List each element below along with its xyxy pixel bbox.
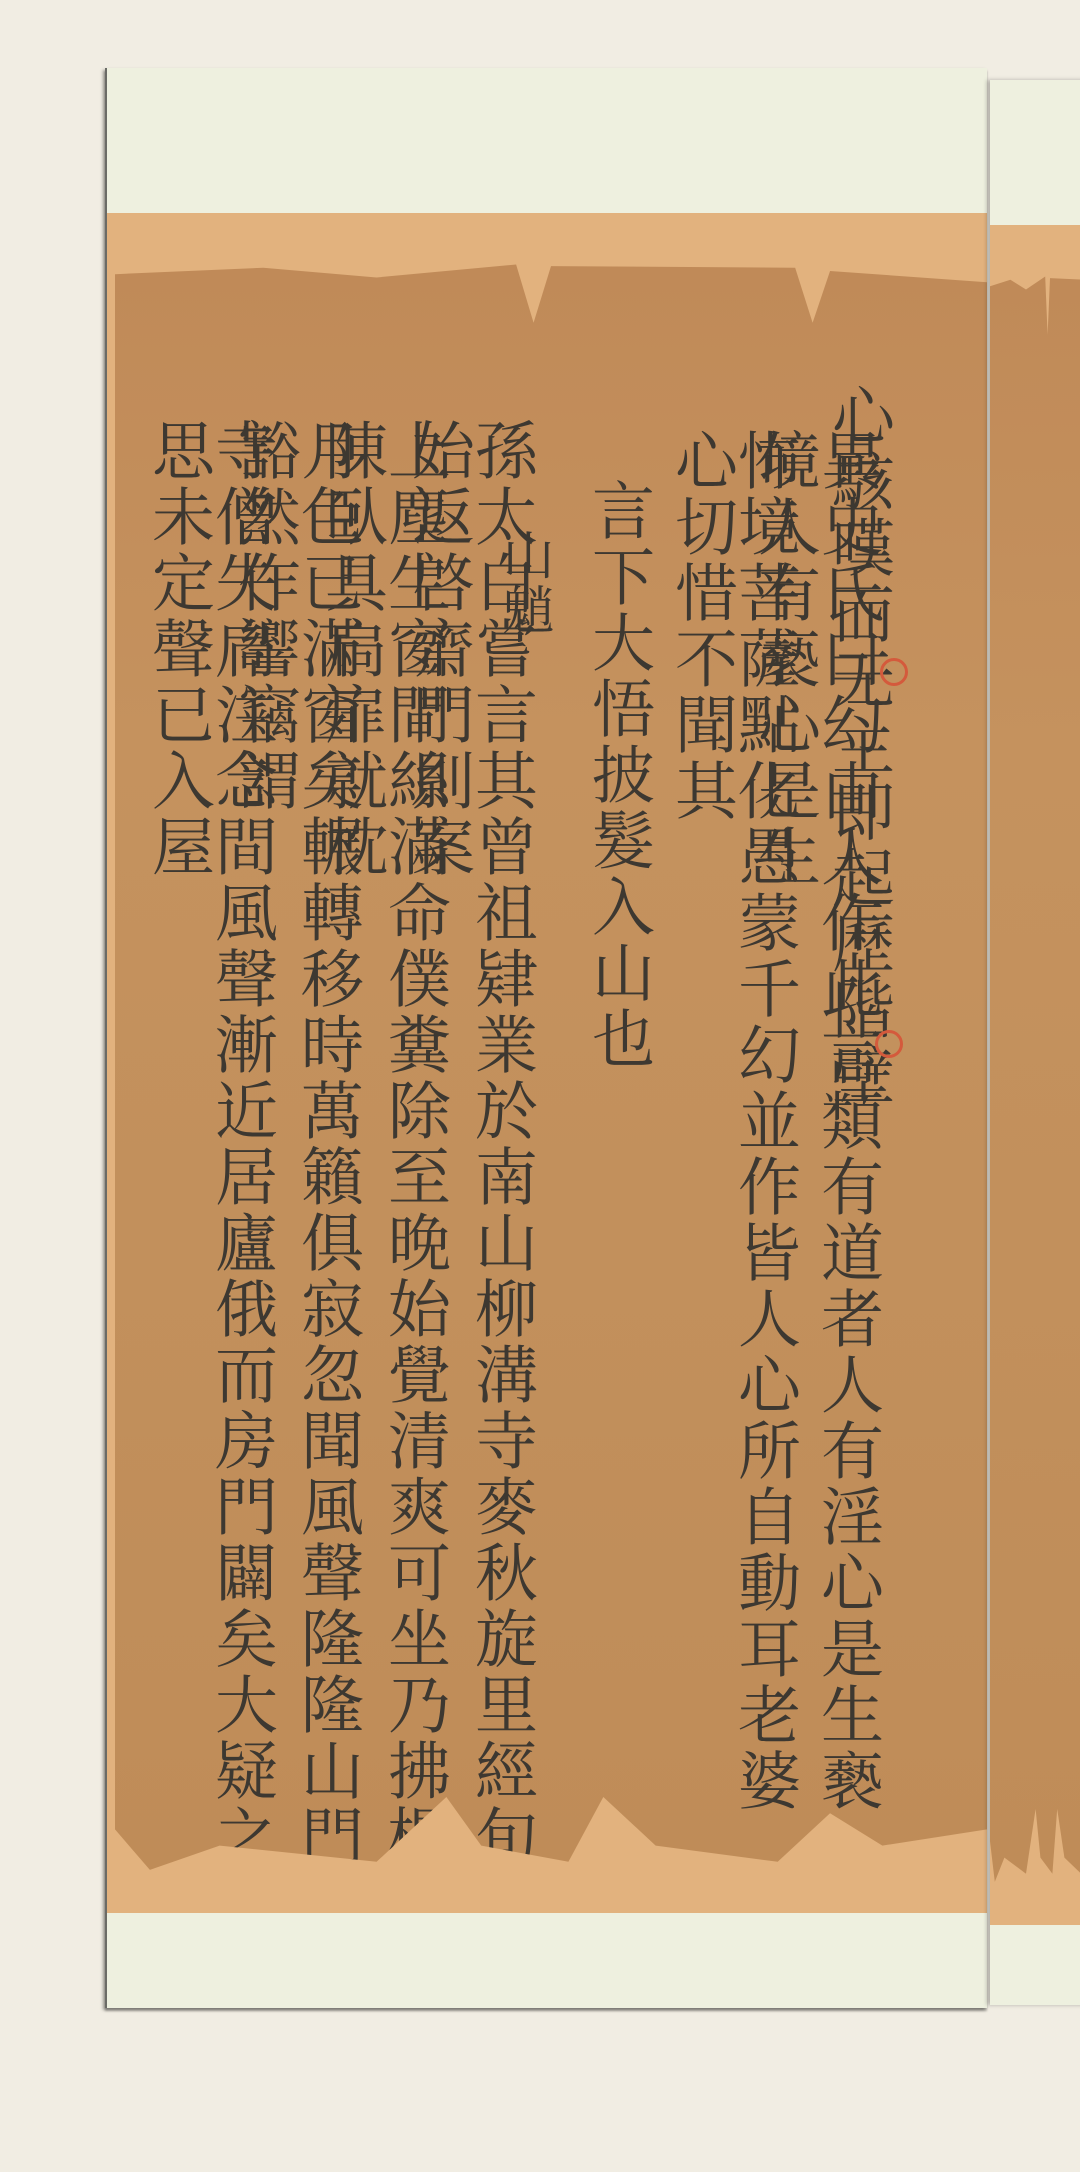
text-column-3: 怖境菩薩點化愚蒙千幻並作皆人心所自動耳老婆心切惜不聞其 xyxy=(670,428,796,1878)
red-punctuation-circle xyxy=(880,658,908,686)
manuscript-page: 心駭嘆而无主即起歷階壁 異史氏曰幻由人作此言類有道者人有淫心是生褻境人有褻心是生… xyxy=(105,68,987,2008)
next-page-edge xyxy=(990,80,1080,2005)
text-column-9: 寺僧失扃注念間風聲漸近居廬俄而房門闢矣大疑之思未定聲已入屋 xyxy=(147,418,273,1878)
aged-paper-leaf xyxy=(990,270,1080,1890)
aged-paper-leaf: 心駭嘆而无主即起歷階壁 異史氏曰幻由人作此言類有道者人有淫心是生褻境人有褻心是生… xyxy=(115,258,987,1878)
text-column-4: 言下大悟披髮入山也 xyxy=(587,478,650,1072)
red-punctuation-circle xyxy=(875,1030,903,1058)
text-body: 心駭嘆而无主即起歷階壁 異史氏曰幻由人作此言類有道者人有淫心是生褻境人有褻心是生… xyxy=(115,258,987,1878)
